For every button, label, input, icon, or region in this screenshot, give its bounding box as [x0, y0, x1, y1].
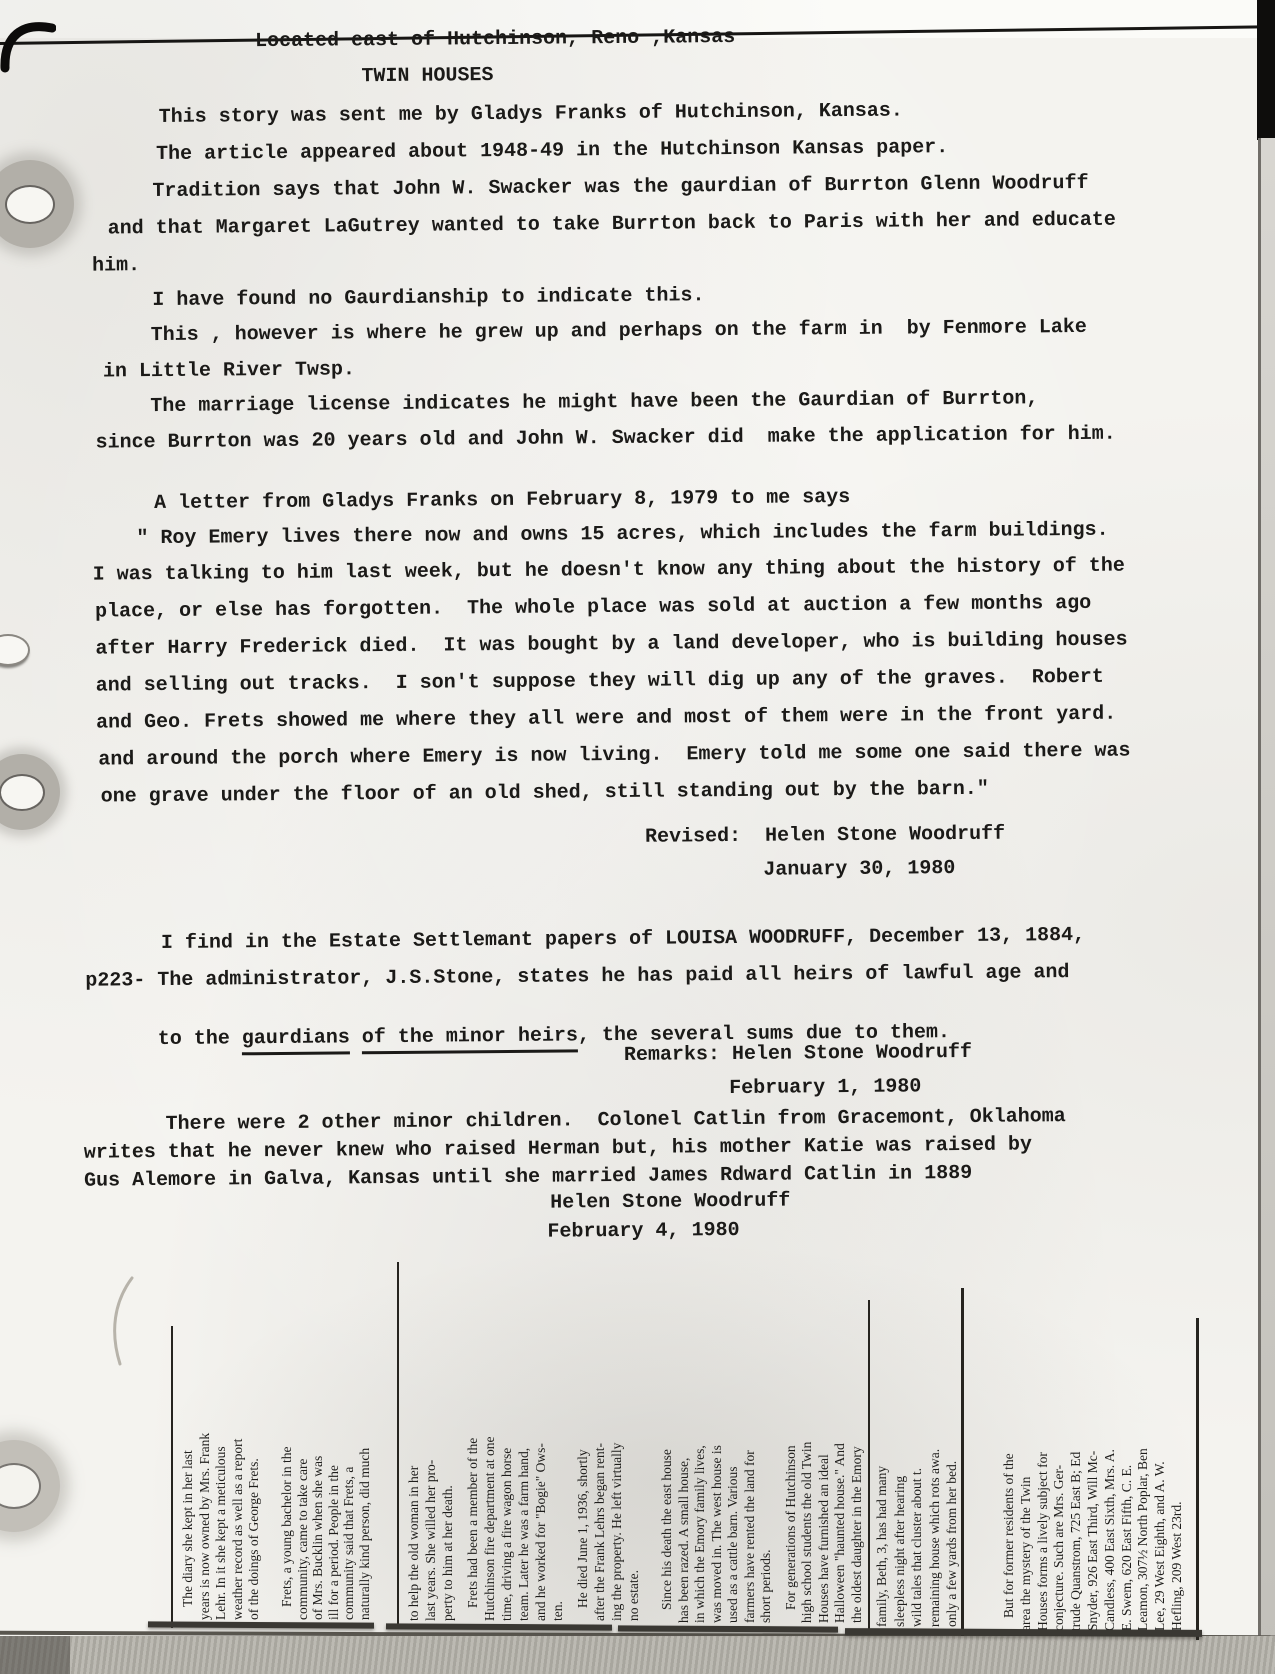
- body-line: There were 2 other minor children. Colon…: [165, 1106, 1065, 1136]
- clipping-paragraph: But for former residents of the area the…: [1001, 1285, 1186, 1631]
- newspaper-strip-2: Frets, a young bachelor in the community…: [279, 1342, 375, 1620]
- clipping-paragraph: The diary she kept in her last years is …: [180, 1328, 263, 1620]
- body-line: I have found no Gaurdianship to indicate…: [152, 285, 704, 312]
- signature-date-3: February 4, 1980: [547, 1220, 739, 1244]
- clipping-paragraph: Frets, a young bachelor in the community…: [279, 1342, 372, 1620]
- clipping-rule: [961, 1288, 964, 1636]
- body-line: p223- The administrator, J.S.Stone, stat…: [85, 962, 1069, 993]
- newspaper-strip-1: The diary she kept in her last years is …: [180, 1328, 266, 1620]
- clipping-paragraph: For generations of Hutchinson high schoo…: [783, 1249, 866, 1623]
- body-line: writes that he never knew who raised Her…: [84, 1134, 1032, 1164]
- body-line: I find in the Estate Settlemant papers o…: [161, 925, 1085, 955]
- scanned-document-page: Located east of Hutchinson, Reno ,Kansas…: [0, 0, 1275, 1674]
- body-line: The marriage license indicates he might …: [150, 388, 1038, 418]
- clipping-rule: [171, 1326, 173, 1628]
- clipping-paragraph: He died June 1, 1936, shortly after the …: [574, 1259, 642, 1621]
- newspaper-strip-4: Since his death the east house has been …: [659, 1249, 867, 1623]
- signature-revised: Revised: Helen Stone Woodruff: [645, 824, 1005, 849]
- body-line: and that Margaret LaGutrey wanted to tak…: [108, 210, 1116, 241]
- body-line: This story was sent me by Gladys Franks …: [159, 101, 903, 129]
- clipping-paragraph: Since his death the east house has been …: [659, 1249, 775, 1623]
- body-line: I was talking to him last week, but he d…: [93, 556, 1125, 587]
- body-line: since Burrton was 20 years old and John …: [96, 424, 1116, 455]
- estate-underline-2: of the minor heirs: [362, 1024, 578, 1054]
- signature-date-2: February 1, 1980: [729, 1076, 921, 1100]
- body-line: place, or else has forgotten. The whole …: [95, 593, 1091, 624]
- body-line: A letter from Gladys Franks on February …: [154, 487, 850, 515]
- signature-name-3: Helen Stone Woodruff: [550, 1191, 790, 1215]
- body-line: and Geo. Frets showed me where they all …: [96, 704, 1116, 735]
- body-line: in Little River Twsp.: [103, 359, 355, 383]
- signature-remarks: Remarks: Helen Stone Woodruff: [624, 1042, 972, 1067]
- body-line: " Roy Emery lives there now and owns 15 …: [136, 520, 1108, 550]
- newspaper-strip-6: But for former residents of the area the…: [1001, 1285, 1189, 1631]
- body-line: after Harry Frederick died. It was bough…: [95, 630, 1127, 661]
- body-line: Gus Alemore in Galva, Kansas until she m…: [84, 1163, 972, 1193]
- signature-date-1: January 30, 1980: [763, 858, 955, 882]
- location-line: Located east of Hutchinson, Reno ,Kansas: [255, 27, 735, 53]
- body-line: one grave under the floor of an old shed…: [101, 779, 989, 809]
- clipping-paragraph: to help the old woman in her last years.…: [405, 1259, 456, 1621]
- clipping-bottom-edge: [386, 1623, 612, 1630]
- body-line: Tradition says that John W. Swacker was …: [152, 173, 1088, 203]
- body-line: and around the porch where Emery is now …: [98, 741, 1130, 772]
- body-line: and selling out tracks. I son't suppose …: [96, 667, 1104, 698]
- clipping-paragraph: Frets had been a member of the Hutchinso…: [464, 1259, 566, 1621]
- clipping-rule: [868, 1300, 870, 1632]
- clipping-rule: [1196, 1318, 1199, 1640]
- estate-mid: [350, 1026, 362, 1049]
- clipping-bottom-edge: [148, 1621, 374, 1628]
- body-line: The article appeared about 1948-49 in th…: [156, 137, 948, 166]
- clipping-bottom-edge: [618, 1625, 838, 1632]
- estate-pre: to the: [158, 1027, 242, 1051]
- clipping-rule: [397, 1262, 399, 1628]
- body-line: him.: [92, 255, 140, 277]
- newspaper-strip-3: to help the old woman in her last years.…: [405, 1259, 643, 1621]
- clipping-paragraph: family, Beth, 3, has had many sleepless …: [873, 1253, 961, 1627]
- body-line: This , however is where he grew up and p…: [151, 317, 1087, 347]
- document-title: TWIN HOUSES: [361, 65, 493, 88]
- newspaper-strip-5: family, Beth, 3, has had many sleepless …: [873, 1253, 963, 1627]
- estate-underline-1: gaurdians: [242, 1026, 350, 1055]
